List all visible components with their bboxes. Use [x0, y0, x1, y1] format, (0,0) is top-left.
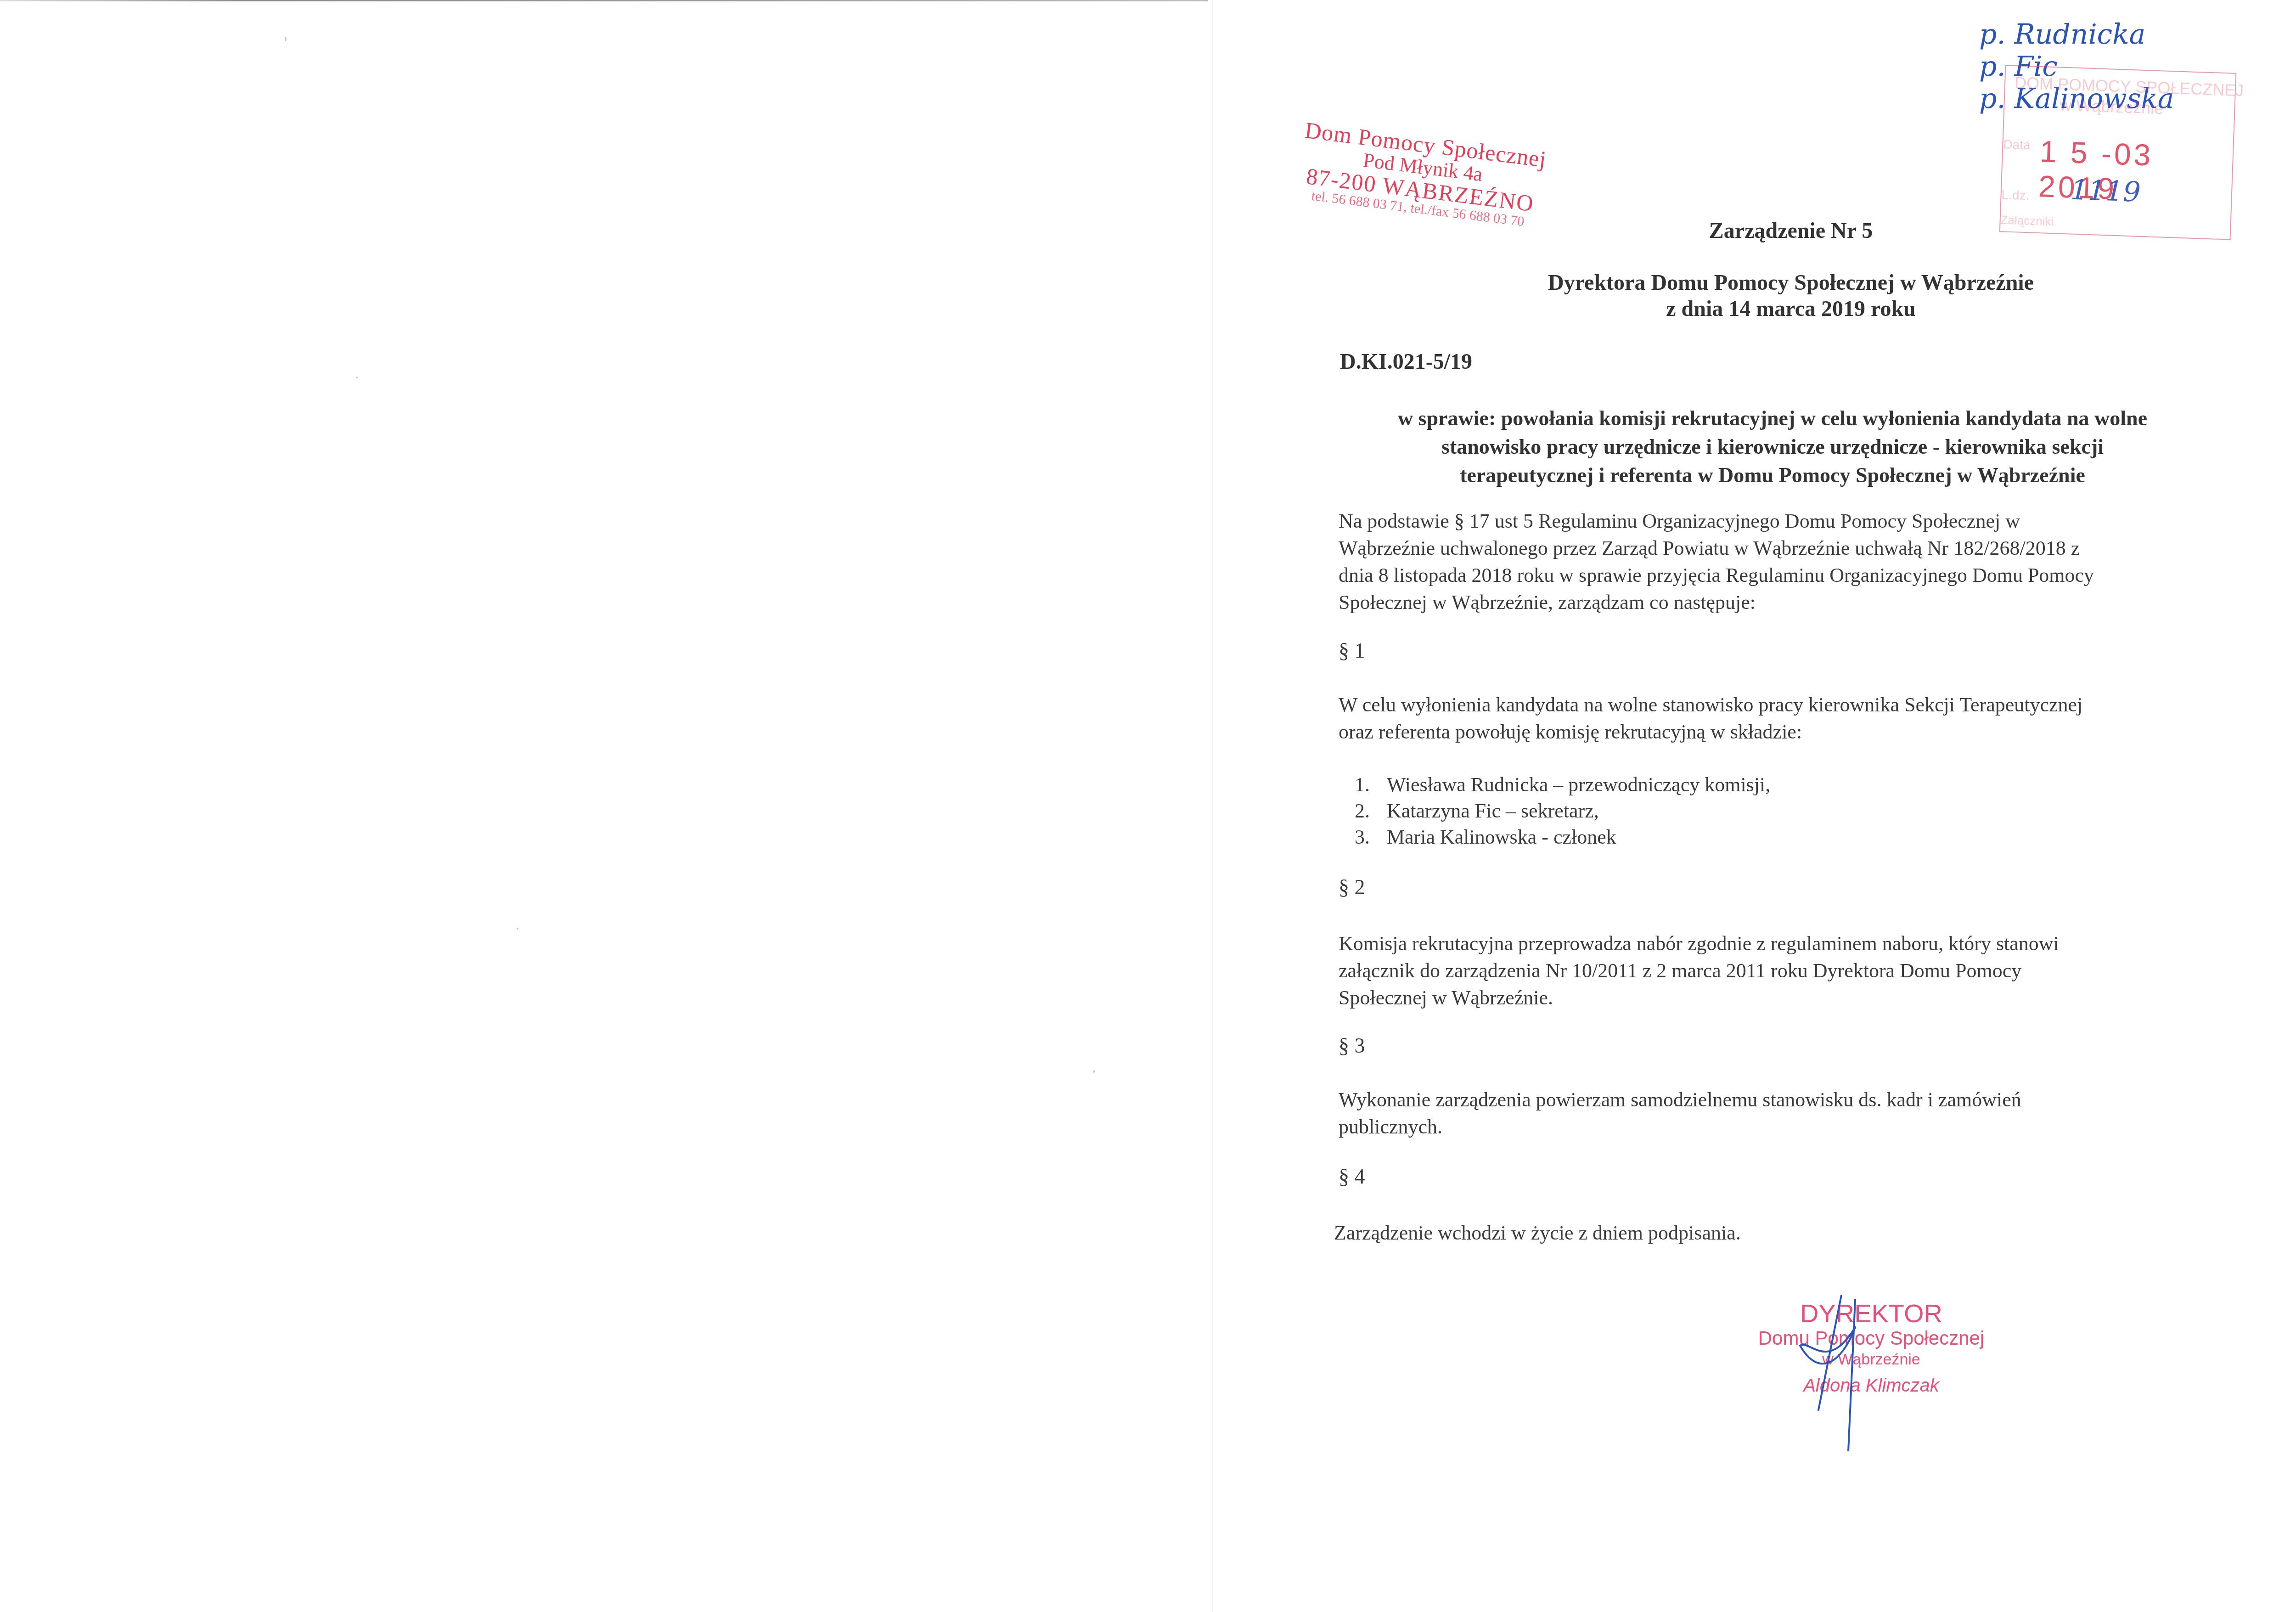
- member-text: Katarzyna Fic – sekretarz,: [1387, 800, 1599, 822]
- member-text: Maria Kalinowska - członek: [1387, 826, 1616, 848]
- committee-members-list: 1.Wiesława Rudnicka – przewodniczący kom…: [1355, 772, 1770, 850]
- section-line: publicznych.: [1339, 1113, 2211, 1140]
- section-1-heading: § 1: [1339, 638, 1365, 663]
- list-number: 1.: [1355, 772, 1387, 798]
- list-item: 2.Katarzyna Fic – sekretarz,: [1355, 798, 1770, 824]
- section-2-text: Komisja rekrutacyjna przeprowadza nabór …: [1339, 930, 2211, 1011]
- preamble-line: dnia 8 listopada 2018 roku w sprawie prz…: [1339, 562, 2211, 589]
- reference-number: D.KI.021-5/19: [1340, 349, 1472, 374]
- registry-stamp: DOM POMOCY SPOŁECZNEJ w Wąbrzeźnie Data …: [1999, 65, 2236, 240]
- page-fold: [1212, 0, 1213, 1612]
- director-signature: [1791, 1295, 1883, 1451]
- registry-ldz-label: L.dz.: [2001, 187, 2030, 203]
- preamble-line: Wąbrzeźnie uchwalonego przez Zarząd Powi…: [1339, 535, 2211, 562]
- subject-line: stanowisko pracy urzędnicze i kierownicz…: [1322, 433, 2223, 461]
- section-2-heading: § 2: [1339, 875, 1365, 899]
- section-line: Wykonanie zarządzenia powierzam samodzie…: [1339, 1086, 2211, 1113]
- scan-speck: [285, 37, 287, 41]
- scan-speck: [517, 928, 518, 930]
- list-item: 3.Maria Kalinowska - członek: [1355, 824, 1770, 850]
- list-number: 2.: [1355, 798, 1387, 824]
- issuer-line: Dyrektora Domu Pomocy Społecznej w Wąbrz…: [1240, 270, 2296, 295]
- section-4-text: Zarządzenie wchodzi w życie z dniem podp…: [1334, 1219, 2206, 1246]
- registry-date-label: Data: [2003, 137, 2031, 152]
- document-title: Zarządzenie Nr 5: [1240, 218, 2296, 243]
- registry-ldz-number: 1119: [2070, 174, 2141, 208]
- section-line: W celu wyłonienia kandydata na wolne sta…: [1339, 691, 2211, 718]
- list-number: 3.: [1355, 824, 1387, 850]
- member-text: Wiesława Rudnicka – przewodniczący komis…: [1387, 773, 1770, 796]
- preamble-line: Na podstawie § 17 ust 5 Regulaminu Organ…: [1339, 507, 2211, 535]
- section-4-heading: § 4: [1339, 1164, 1365, 1189]
- section-3-heading: § 3: [1339, 1033, 1365, 1058]
- section-line: Komisja rekrutacyjna przeprowadza nabór …: [1339, 930, 2211, 957]
- section-line: Zarządzenie wchodzi w życie z dniem podp…: [1334, 1219, 2206, 1246]
- scan-speck: [356, 377, 358, 378]
- subject-line: w sprawie: powołania komisji rekrutacyjn…: [1322, 404, 2223, 433]
- subject: w sprawie: powołania komisji rekrutacyjn…: [1322, 404, 2223, 490]
- preamble: Na podstawie § 17 ust 5 Regulaminu Organ…: [1339, 507, 2211, 616]
- scan-top-edge: [0, 0, 1208, 1]
- section-3-text: Wykonanie zarządzenia powierzam samodzie…: [1339, 1086, 2211, 1140]
- preamble-line: Społecznej w Wąbrzeźnie, zarządzam co na…: [1339, 589, 2211, 616]
- subject-line: terapeutycznej i referenta w Domu Pomocy…: [1322, 461, 2223, 490]
- list-item: 1.Wiesława Rudnicka – przewodniczący kom…: [1355, 772, 1770, 798]
- scan-speck: [1093, 1070, 1095, 1073]
- section-line: oraz referenta powołuję komisję rekrutac…: [1339, 718, 2211, 745]
- section-line: Społecznej w Wąbrzeźnie.: [1339, 984, 2211, 1011]
- registry-header: DOM POMOCY SPOŁECZNEJ: [2014, 73, 2244, 100]
- routing-line: p. Rudnicka: [1979, 18, 2174, 51]
- registry-header-city: w Wąbrzeźnie: [2060, 96, 2164, 118]
- issue-date: z dnia 14 marca 2019 roku: [1240, 296, 2296, 321]
- section-1-text: W celu wyłonienia kandydata na wolne sta…: [1339, 691, 2211, 745]
- section-line: załącznik do zarządzenia Nr 10/2011 z 2 …: [1339, 957, 2211, 984]
